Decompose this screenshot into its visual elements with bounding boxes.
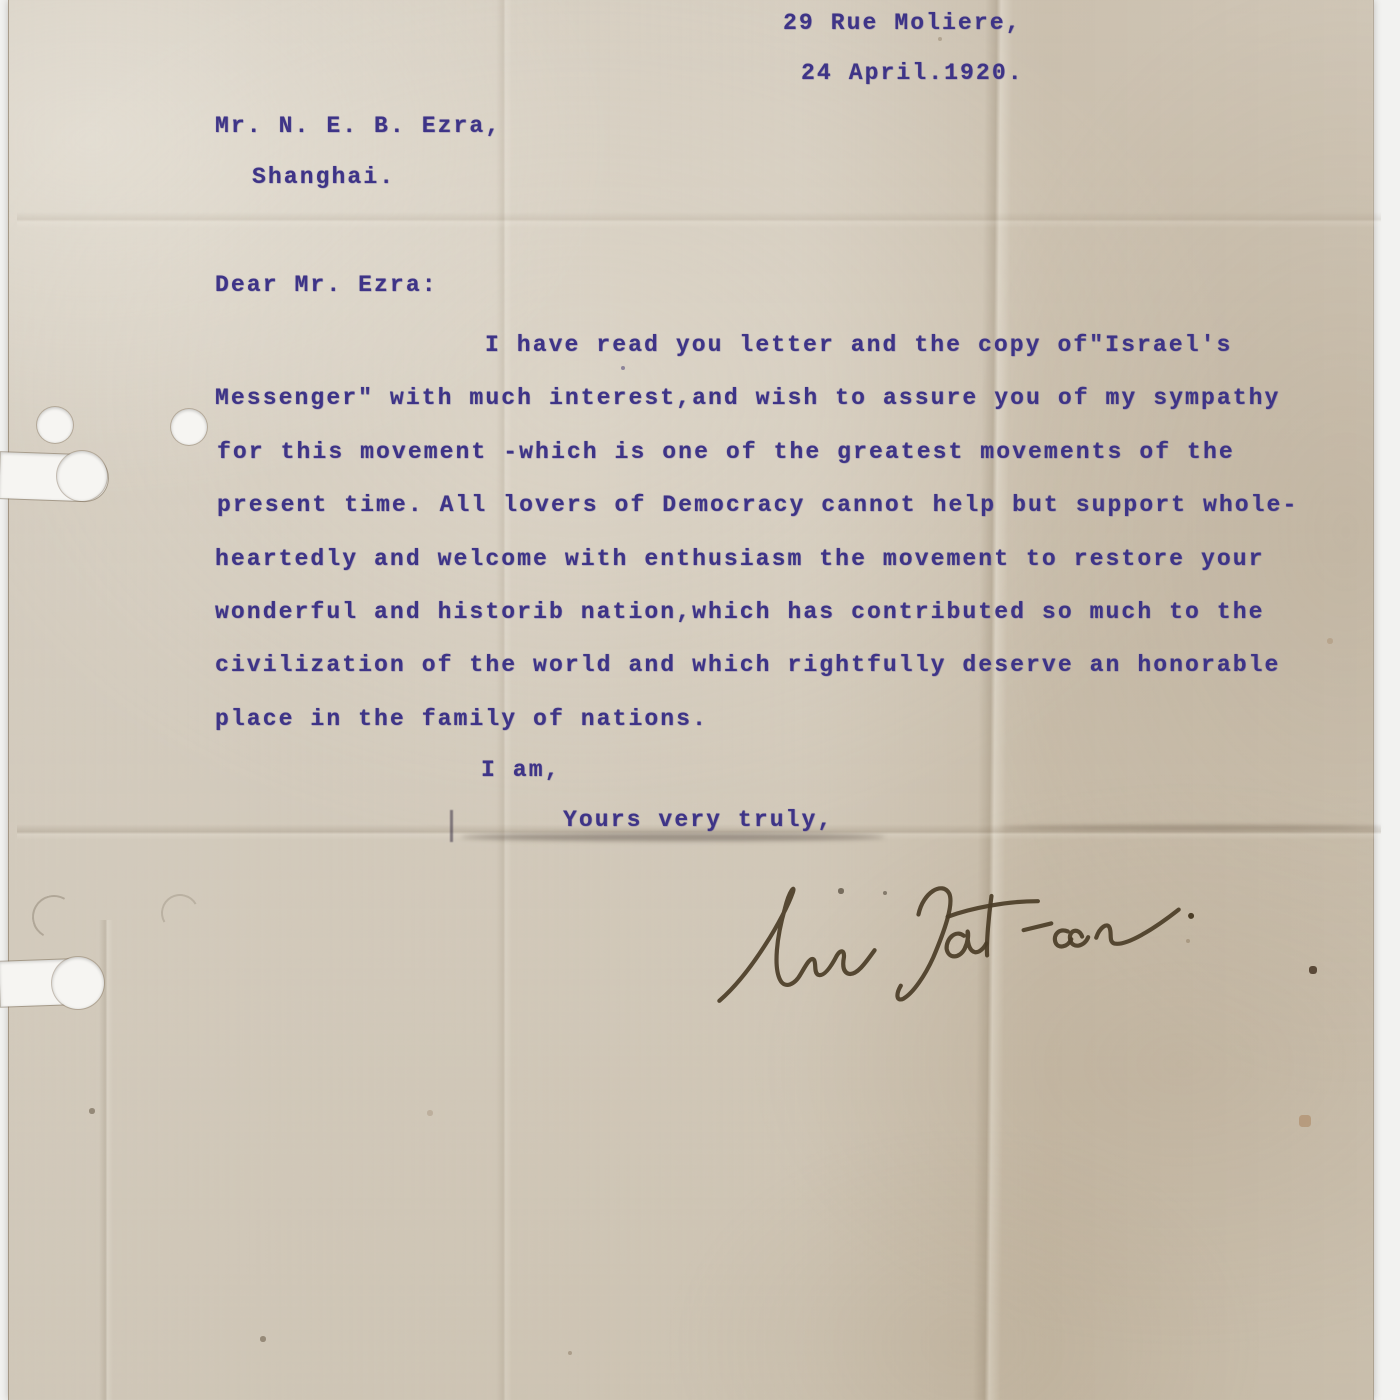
recipient-city: Shanghai. (252, 164, 395, 190)
body-line-1: I have read you letter and the copy of"I… (485, 332, 1232, 358)
ink-smear (461, 833, 885, 841)
vertical-fold-crease-right (973, 0, 1013, 1400)
letter-paper (8, 0, 1374, 1400)
body-line-4: present time. All lovers of Democracy ca… (217, 492, 1298, 518)
body-line-7: civilization of the world and which righ… (215, 652, 1280, 678)
signature (698, 851, 1206, 1026)
date-line: 24 April.1920. (801, 60, 1024, 86)
horizontal-fold-crease-top (17, 212, 1381, 228)
ink-smear-right (1001, 825, 1381, 830)
body-line-6: wonderful and historib nation,which has … (215, 599, 1265, 625)
body-line-3: for this movement -which is one of the g… (217, 439, 1235, 465)
punch-pressmark-right (157, 890, 204, 937)
closing-valediction: Yours very truly, (563, 807, 833, 833)
ink-tick-mark (450, 810, 453, 842)
punch-pressmark-left (27, 890, 81, 944)
body-line-8: place in the family of nations. (215, 706, 708, 732)
closing-i-am: I am, (481, 757, 561, 783)
paper-stains (9, 0, 11, 2)
address-line: 29 Rue Moliere, (783, 10, 1022, 36)
punch-hole-top-left (37, 407, 73, 443)
body-line-2: Messenger" with much interest,and wish t… (215, 385, 1280, 411)
torn-hole-bottom (52, 957, 104, 1009)
body-line-5: heartedly and welcome with enthusiasm th… (215, 546, 1265, 572)
recipient-name: Mr. N. E. B. Ezra, (215, 113, 501, 139)
vertical-fold-crease-left (496, 0, 512, 1400)
torn-hole-top (57, 451, 107, 501)
salutation: Dear Mr. Ezra: (215, 272, 438, 298)
signature-strokes (698, 851, 1206, 1026)
punch-hole-top-right (171, 409, 207, 445)
